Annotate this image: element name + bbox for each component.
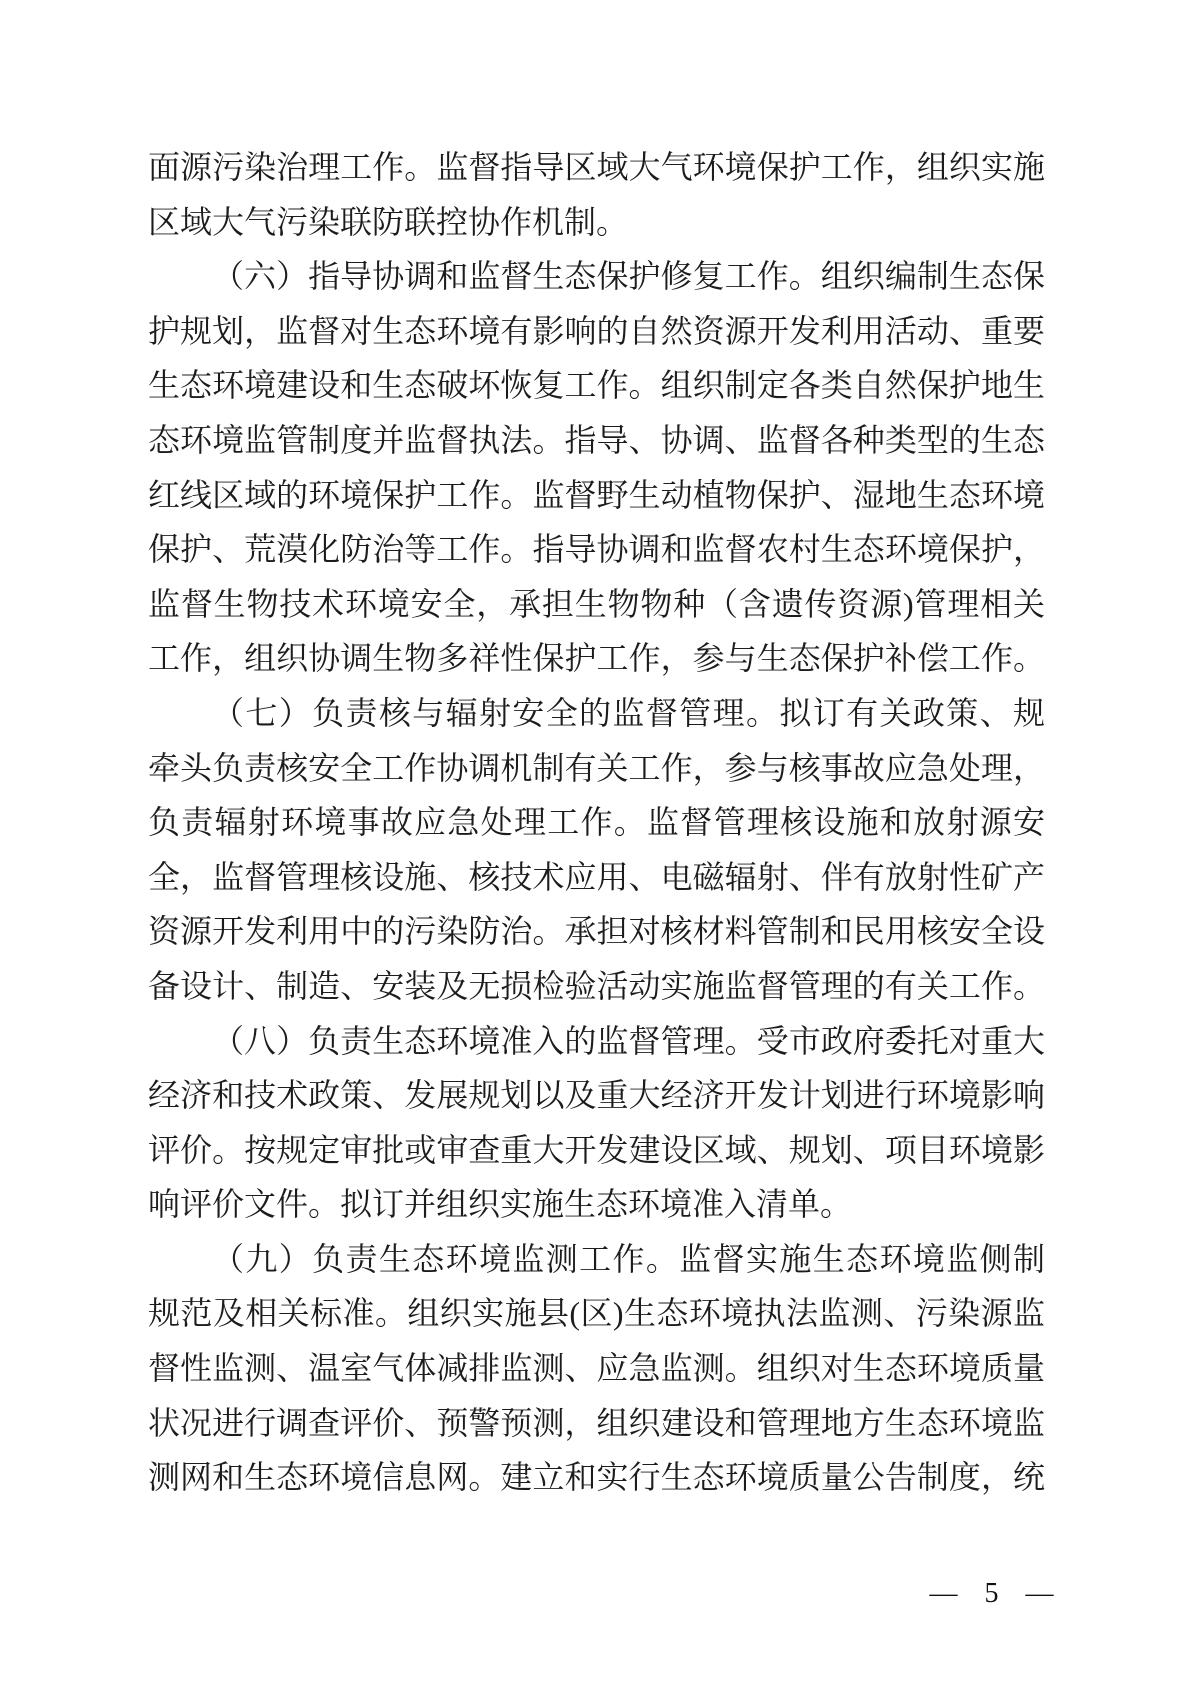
text-line: （六）指导协调和监督生态保护修复工作。组织编制生态保 [148, 249, 1045, 304]
text-line: 督性监测、温室气体减排监测、应急监测。组织对生态环境质量 [148, 1341, 1045, 1396]
page-number: — 5 — [880, 1578, 1110, 1610]
document-body: 面源污染治理工作。监督指导区域大气环境保护工作，组织实施区域大气污染联防联控协作… [148, 140, 1045, 1505]
text-line: 负责辐射环境事故应急处理工作。监督管理核设施和放射源安 [148, 795, 1045, 850]
text-line: （九）负责生态环境监测工作。监督实施生态环境监侧制度、 [148, 1232, 1045, 1287]
text-line: （七）负责核与辐射安全的监督管理。拟订有关政策、规划， [148, 686, 1045, 741]
text-line: 备设计、制造、安装及无损检验活动实施监督管理的有关工作。 [148, 959, 1045, 1014]
text-line: 区域大气污染联防联控协作机制。 [148, 195, 1045, 250]
document-page: 面源污染治理工作。监督指导区域大气环境保护工作，组织实施区域大气污染联防联控协作… [0, 0, 1190, 1683]
text-line: 评价。按规定审批或审查重大开发建设区域、规划、项目环境影 [148, 1123, 1045, 1178]
text-line: 全，监督管理核设施、核技术应用、电磁辐射、伴有放射性矿产 [148, 850, 1045, 905]
text-line: 红线区域的环境保护工作。监督野生动植物保护、湿地生态环境 [148, 468, 1045, 523]
text-line: 经济和技术政策、发展规划以及重大经济开发计划进行环境影响 [148, 1068, 1045, 1123]
text-line: （八）负责生态环境准入的监督管理。受市政府委托对重大 [148, 1014, 1045, 1069]
text-line: 牵头负责核安全工作协调机制有关工作，参与核事故应急处理， [148, 741, 1045, 796]
text-line: 生态环境建设和生态破坏恢复工作。组织制定各类自然保护地生 [148, 358, 1045, 413]
text-line: 监督生物技术环境安全，承担生物物种（含遗传资源)管理相关 [148, 577, 1045, 632]
text-line: 规范及相关标准。组织实施县(区)生态环境执法监测、污染源监 [148, 1286, 1045, 1341]
text-line: 面源污染治理工作。监督指导区域大气环境保护工作，组织实施 [148, 140, 1045, 195]
text-line: 资源开发利用中的污染防治。承担对核材料管制和民用核安全设 [148, 904, 1045, 959]
text-line: 测网和生态环境信息网。建立和实行生态环境质量公告制度，统 [148, 1450, 1045, 1505]
text-line: 护规划，监督对生态环境有影响的自然资源开发利用活动、重要 [148, 304, 1045, 359]
text-line: 响评价文件。拟订并组织实施生态环境准入清单。 [148, 1177, 1045, 1232]
text-line: 状况进行调查评价、预警预测，组织建设和管理地方生态环境监 [148, 1396, 1045, 1451]
text-line: 态环境监管制度并监督执法。指导、协调、监督各种类型的生态 [148, 413, 1045, 468]
text-line: 保护、荒漠化防治等工作。指导协调和监督农村生态环境保护， [148, 522, 1045, 577]
text-line: 工作，组织协调生物多祥性保护工作，参与生态保护补偿工作。 [148, 631, 1045, 686]
